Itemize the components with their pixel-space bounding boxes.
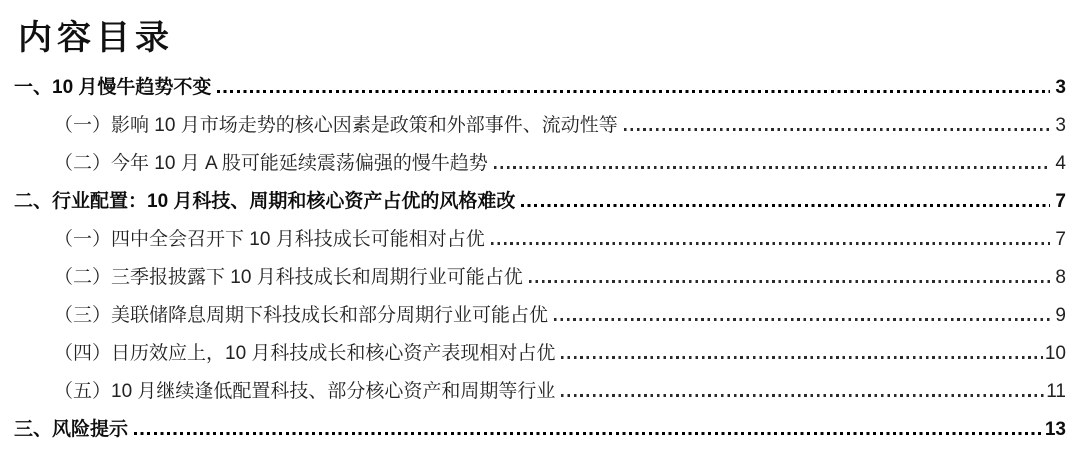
toc-entry[interactable]: 一、10 月慢牛趋势不变 3	[14, 69, 1066, 107]
toc-entry[interactable]: 二、行业配置：10 月科技、周期和核心资产占优的风格难改 7	[14, 183, 1066, 221]
toc-entry-label: （四）日历效应上，10 月科技成长和核心资产表现相对占优	[54, 335, 555, 373]
toc-page-number: 8	[1052, 259, 1066, 297]
dot-leader	[217, 90, 1050, 93]
dot-leader	[561, 394, 1044, 397]
dot-leader	[494, 166, 1050, 169]
toc-entry-label: （五）10 月继续逢低配置科技、部分核心资产和周期等行业	[54, 373, 555, 411]
toc-entry-label: （一）影响 10 月市场走势的核心因素是政策和外部事件、流动性等	[54, 107, 618, 145]
toc-entry-label: （二）今年 10 月 A 股可能延续震荡偏强的慢牛趋势	[54, 145, 488, 183]
dot-leader	[529, 280, 1050, 283]
toc-entry-label: （三）美联储降息周期下科技成长和部分周期行业可能占优	[54, 297, 548, 335]
toc-page-number: 7	[1052, 221, 1066, 259]
toc-page-number: 11	[1046, 373, 1066, 411]
toc-entry-label: 二、行业配置：10 月科技、周期和核心资产占优的风格难改	[14, 183, 515, 221]
toc-entry[interactable]: （一）影响 10 月市场走势的核心因素是政策和外部事件、流动性等 3	[14, 107, 1066, 145]
toc-entry[interactable]: （一）四中全会召开下 10 月科技成长可能相对占优 7	[14, 221, 1066, 259]
dot-leader	[624, 128, 1050, 131]
toc-entry-label: （二）三季报披露下 10 月科技成长和周期行业可能占优	[54, 259, 523, 297]
toc-entry-label: （一）四中全会召开下 10 月科技成长可能相对占优	[54, 221, 485, 259]
dot-leader	[134, 432, 1043, 435]
toc-page: 内容目录 一、10 月慢牛趋势不变 3 （一）影响 10 月市场走势的核心因素是…	[0, 0, 1080, 454]
toc-entry-label: 一、10 月慢牛趋势不变	[14, 69, 211, 107]
dot-leader	[491, 242, 1050, 245]
dot-leader	[521, 204, 1050, 207]
dot-leader	[554, 318, 1050, 321]
dot-leader	[561, 356, 1042, 359]
page-title: 内容目录	[18, 10, 1066, 59]
toc-entry[interactable]: （二）今年 10 月 A 股可能延续震荡偏强的慢牛趋势 4	[14, 145, 1066, 183]
toc-page-number: 3	[1052, 69, 1066, 107]
toc-entry[interactable]: （二）三季报披露下 10 月科技成长和周期行业可能占优 8	[14, 259, 1066, 297]
table-of-contents: 一、10 月慢牛趋势不变 3 （一）影响 10 月市场走势的核心因素是政策和外部…	[14, 69, 1066, 449]
toc-entry-label: 三、风险提示	[14, 411, 128, 449]
toc-page-number: 7	[1052, 183, 1066, 221]
toc-entry[interactable]: （五）10 月继续逢低配置科技、部分核心资产和周期等行业 11	[14, 373, 1066, 411]
toc-page-number: 9	[1052, 297, 1066, 335]
toc-entry[interactable]: （三）美联储降息周期下科技成长和部分周期行业可能占优 9	[14, 297, 1066, 335]
toc-page-number: 10	[1045, 335, 1066, 373]
toc-page-number: 4	[1052, 145, 1066, 183]
toc-page-number: 3	[1052, 107, 1066, 145]
toc-entry[interactable]: 三、风险提示 13	[14, 411, 1066, 449]
toc-page-number: 13	[1045, 411, 1066, 449]
toc-entry[interactable]: （四）日历效应上，10 月科技成长和核心资产表现相对占优 10	[14, 335, 1066, 373]
